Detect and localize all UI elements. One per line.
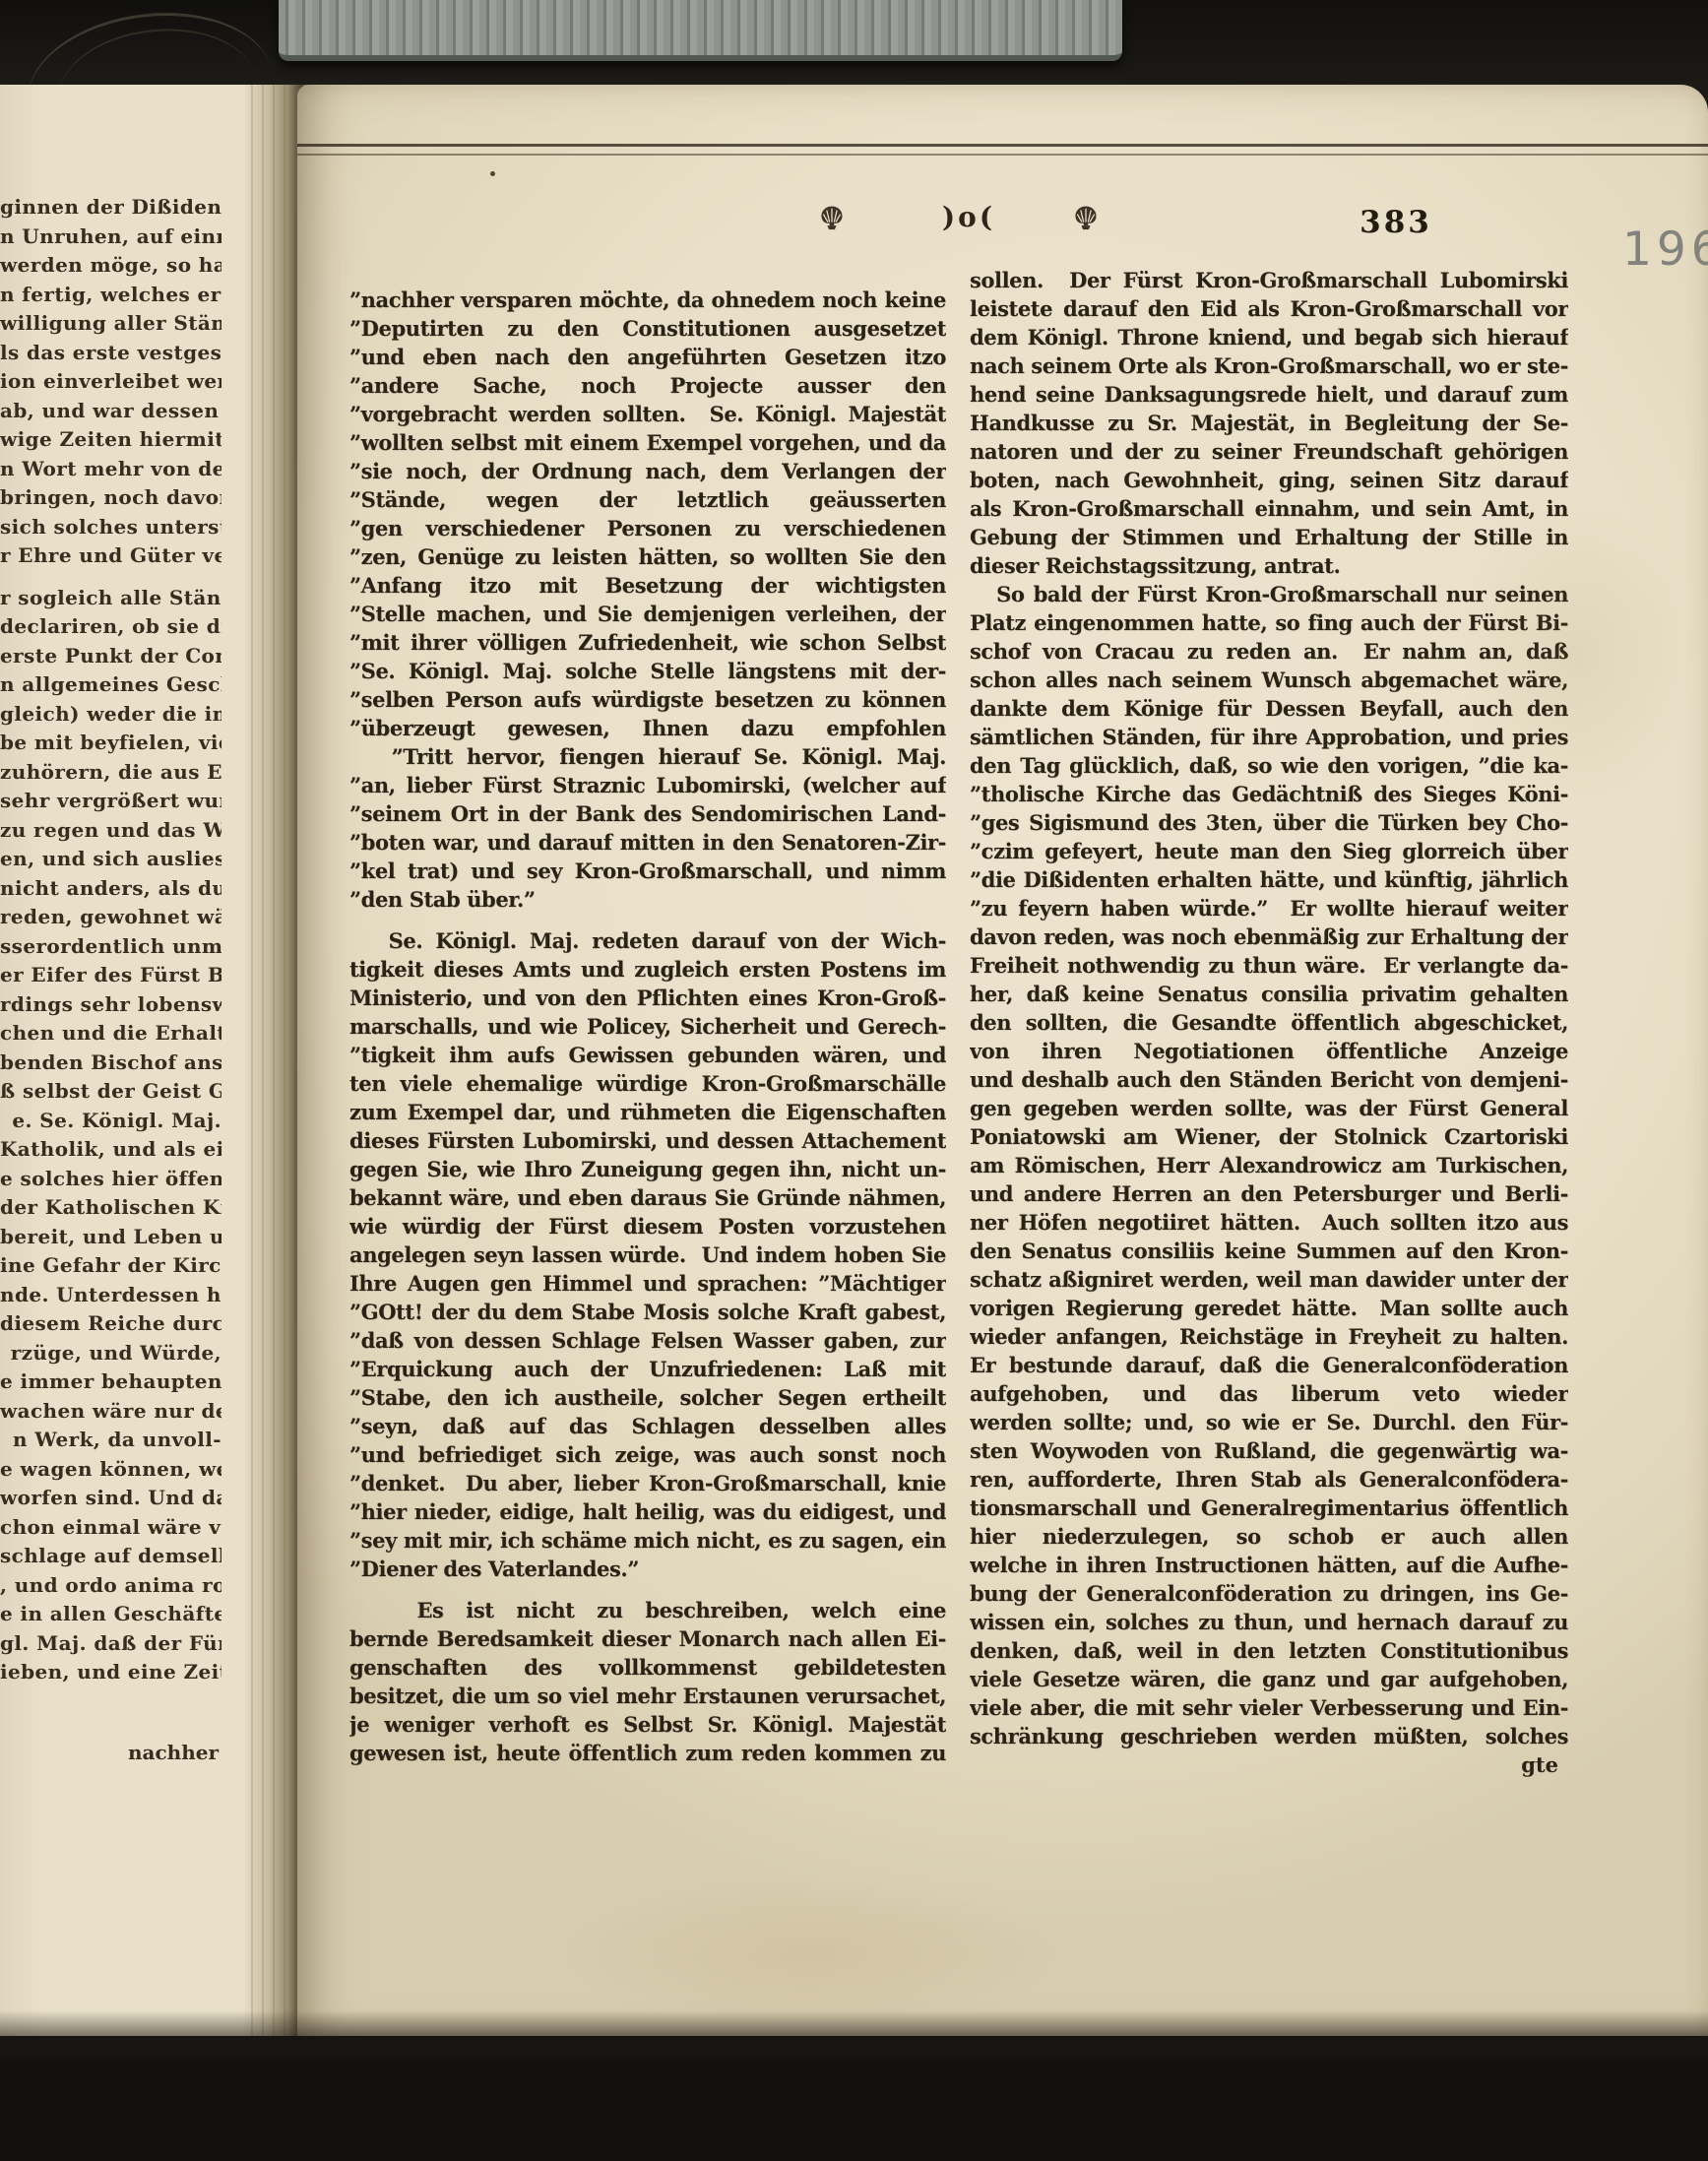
- text-line: am Römischen, Herr Alexandrowicz am Turk…: [970, 1151, 1568, 1179]
- text-line: natoren und der zu seiner Freundschaft g…: [970, 437, 1568, 466]
- text-line: Gebung der Stimmen und Erhaltung der Sti…: [970, 523, 1568, 551]
- paragraph-gap: [0, 571, 221, 584]
- page-bottom-shadow: [0, 2010, 1708, 2066]
- paragraph-gap: [349, 914, 946, 926]
- text-line: chon einmal wäre vest-: [0, 1513, 221, 1543]
- text-line: vorigen Regierung geredet hätte. Man sol…: [970, 1294, 1568, 1322]
- text-line: leistete darauf den Eid als Kron-Großmar…: [970, 294, 1568, 323]
- text-line: boten, nach Gewohnheit, ging, seinen Sit…: [970, 466, 1568, 494]
- text-line: ”GOtt! der du dem Stabe Mosis solche Kra…: [349, 1298, 946, 1326]
- text-line: ”andere Sache, noch Projecte ausser den …: [349, 371, 946, 400]
- text-line: genschaften des vollkommenst gebildetest…: [349, 1653, 946, 1682]
- text-line: ”überzeugt gewesen, Ihnen dazu empfohlen…: [349, 714, 946, 742]
- text-line: e wagen können, weil: [0, 1455, 221, 1485]
- text-line: diesem Reiche durch: [0, 1309, 221, 1339]
- text-line: ”kel trat) und sey Kron-Großmarschall, u…: [349, 857, 946, 885]
- text-line: Poniatowski am Wiener, der Stolnick Czar…: [970, 1122, 1568, 1151]
- text-line: tionsmarschall und Generalregimentarius …: [970, 1494, 1568, 1522]
- previous-page-fragment-column: ginnen der Dißidenten,n Unruhen, auf ein…: [0, 193, 221, 1687]
- text-line: wachen wäre nur dem: [0, 1397, 221, 1427]
- text-line: gegen Sie, wie Ihro Zuneigung gegen ihn,…: [349, 1155, 946, 1183]
- text-line: e immer behaupten.: [0, 1367, 221, 1397]
- book-headband: [279, 0, 1122, 61]
- text-line: rzüge, und Würde,: [0, 1339, 221, 1368]
- text-line: Se. Königl. Maj. redeten darauf von der …: [349, 926, 946, 955]
- foliation-stamp-number: 196: [1622, 222, 1708, 277]
- text-line: den Tag glücklich, daß, so wie den vorig…: [970, 751, 1568, 780]
- text-line: ”tigkeit ihm aufs Gewissen gebunden wäre…: [349, 1041, 946, 1069]
- text-line: ls das erste vestgesetzet: [0, 339, 221, 368]
- text-line: dem Königl. Throne kniend, und begab sic…: [970, 323, 1568, 351]
- text-line: er Eifer des Fürst Bi-: [0, 961, 221, 990]
- text-line: rdings sehr lobenswür-: [0, 990, 221, 1020]
- text-line: e in allen Geschäften: [0, 1600, 221, 1629]
- text-line: ”czim gefeyert, heute man den Sieg glorr…: [970, 837, 1568, 865]
- text-line: nach seinem Orte als Kron-Großmarschall,…: [970, 351, 1568, 380]
- text-line: ren, aufforderte, Ihren Stab als General…: [970, 1465, 1568, 1494]
- text-line: ”nachher versparen möchte, da ohnedem no…: [349, 286, 946, 314]
- text-line: ”wollten selbst mit einem Exempel vorgeh…: [349, 428, 946, 457]
- text-line: ”sie noch, der Ordnung nach, dem Verlang…: [349, 457, 946, 485]
- text-line: den Senatus consiliis keine Summen auf d…: [970, 1237, 1568, 1265]
- text-line: ”und befriediget sich zeige, was auch so…: [349, 1440, 946, 1469]
- text-line: zum Exempel dar, und rühmeten die Eigens…: [349, 1098, 946, 1126]
- text-line: gl. Maj. daß der Fürst: [0, 1629, 221, 1659]
- text-line: en, und sich ausliessen:: [0, 845, 221, 874]
- text-line: ”zen, Genüge zu leisten hätten, so wollt…: [349, 542, 946, 571]
- text-line: zuhörern, die aus Eifer: [0, 758, 221, 788]
- text-line: ”seinem Ort in der Bank des Sendomirisch…: [349, 799, 946, 828]
- text-line: hend seine Danksagungsrede hielt, und da…: [970, 380, 1568, 409]
- text-line: Er bestunde darauf, daß die Generalconfö…: [970, 1351, 1568, 1379]
- text-line: ”seyn, daß auf das Schlagen desselben al…: [349, 1412, 946, 1440]
- text-line: und deshalb auch den Ständen Bericht von…: [970, 1065, 1568, 1094]
- text-line: n fertig, welches er vor-: [0, 281, 221, 310]
- text-line: ”vorgebracht werden sollten. Se. Königl.…: [349, 400, 946, 428]
- text-line: ”Erquickung auch der Unzufriedenen: Laß …: [349, 1355, 946, 1383]
- text-line: ”Diener des Vaterlandes.”: [349, 1555, 946, 1583]
- fleuron-icon: [1071, 203, 1101, 232]
- header-separator: )o(: [910, 201, 1028, 233]
- text-line: je weniger verhoft es Selbst Sr. Königl.…: [349, 1710, 946, 1739]
- text-line: bernde Beredsamkeit dieser Monarch nach …: [349, 1624, 946, 1653]
- text-line: werden möge, so hatte: [0, 251, 221, 281]
- text-line: viele Gesetze wären, die ganz und gar au…: [970, 1665, 1568, 1693]
- text-line: als Kron-Großmarschall einnahm, und sein…: [970, 494, 1568, 523]
- text-line: Es ist nicht zu beschreiben, welch eine …: [349, 1596, 946, 1624]
- text-line: willigung aller Stände: [0, 309, 221, 339]
- text-line: n Werk, da unvoll-: [0, 1426, 221, 1455]
- text-line: bereit, und Leben und: [0, 1223, 221, 1252]
- text-line: nicht anders, als durch: [0, 874, 221, 904]
- text-line: Ihre Augen gen Himmel und sprachen: ”Mäc…: [349, 1269, 946, 1298]
- text-line: ion einverleibet werden: [0, 367, 221, 397]
- text-line: sehr vergrößert wurde,: [0, 787, 221, 816]
- text-line: sollen. Der Fürst Kron-Großmarschall Lub…: [970, 266, 1568, 294]
- right-text-column: sollen. Der Fürst Kron-Großmarschall Lub…: [970, 266, 1568, 1750]
- text-line: ine Gefahr der Kirche: [0, 1251, 221, 1281]
- catchword: nachher: [0, 1741, 219, 1764]
- text-line: nde. Unterdessen hätte: [0, 1281, 221, 1310]
- text-line: zu regen und das Wort: [0, 816, 221, 846]
- text-line: wissen ein, solches zu thun, und hernach…: [970, 1608, 1568, 1636]
- text-line: schatz aßigniret werden, weil man dawide…: [970, 1265, 1568, 1294]
- scanned-page: )o( 383 196 ”nachher versparen möchte, d…: [297, 85, 1708, 2036]
- text-line: bung der Generalconföderation zu dringen…: [970, 1579, 1568, 1608]
- text-line: bringen, noch davon zu: [0, 483, 221, 513]
- text-line: ginnen der Dißidenten,: [0, 193, 221, 222]
- text-line: her, daß keine Senatus consilia privatim…: [970, 980, 1568, 1008]
- text-line: schlage auf demselben: [0, 1542, 221, 1571]
- page-top-edge-rule: [297, 144, 1708, 156]
- text-line: ”sey mit mir, ich schäme mich nicht, es …: [349, 1526, 946, 1555]
- paragraph-gap: [349, 1583, 946, 1596]
- text-line: sich solches unterstehen: [0, 513, 221, 542]
- text-line: ”die Dißidenten erhalten hätte, und künf…: [970, 865, 1568, 894]
- text-line: viele aber, die mit sehr vieler Verbesse…: [970, 1693, 1568, 1722]
- text-line: wieder anfangen, Reichstäge in Freyheit …: [970, 1322, 1568, 1351]
- text-line: ”Tritt hervor, fiengen hierauf Se. König…: [349, 742, 946, 771]
- book-board-bottom: [0, 2064, 1708, 2161]
- text-line: dieses Fürsten Lubomirski, und dessen At…: [349, 1126, 946, 1155]
- text-line: von ihren Negotiationen öffentliche Anze…: [970, 1037, 1568, 1065]
- text-line: ß selbst der Geist GOt-: [0, 1077, 221, 1107]
- catchword: gte: [970, 1752, 1558, 1777]
- text-line: wie würdig der Fürst diesem Posten vorzu…: [349, 1212, 946, 1240]
- text-line: n Unruhen, auf einmal: [0, 222, 221, 252]
- text-line: gleich) weder die im Se-: [0, 700, 221, 730]
- text-line: ”Se. Königl. Maj. solche Stelle längsten…: [349, 657, 946, 685]
- paper-stain: [1459, 498, 1695, 813]
- text-line: ieben, und eine Zeit: [0, 1658, 221, 1687]
- text-line: n Wort mehr von den: [0, 455, 221, 484]
- text-line: declariren, ob sie dies: [0, 612, 221, 642]
- text-line: sserordentlich unmittel-: [0, 932, 221, 962]
- text-line: ”Anfang itzo mit Besetzung der wichtigst…: [349, 571, 946, 600]
- text-line: ”selben Person aufs würdigste besetzen z…: [349, 685, 946, 714]
- left-text-column: ”nachher versparen möchte, da ohnedem no…: [349, 286, 946, 1767]
- text-line: be mit beyfielen, viel-: [0, 729, 221, 758]
- page-number: 383: [1337, 205, 1455, 240]
- text-line: reden, gewohnet wären,: [0, 903, 221, 932]
- text-line: ”Stände, wegen der letztlich geäusserten…: [349, 485, 946, 514]
- text-line: denken, daß, weil in den letzten Constit…: [970, 1636, 1568, 1665]
- text-line: ”daß von dessen Schlage Felsen Wasser ga…: [349, 1326, 946, 1355]
- text-line: Freiheit nothwendig zu thun wäre. Er ver…: [970, 951, 1568, 980]
- text-line: r Ehre und Güter ver-: [0, 541, 221, 571]
- text-line: chen und die Erhaltung: [0, 1019, 221, 1049]
- text-line: wige Zeiten hiermit un-: [0, 425, 221, 455]
- text-line: gen gegeben werden sollte, was der Fürst…: [970, 1094, 1568, 1122]
- text-line: ”zu feyern haben würde.” Er wollte hiera…: [970, 894, 1568, 922]
- text-line: e solches hier öffentlich: [0, 1165, 221, 1194]
- text-line: ”tholische Kirche das Gedächtniß des Sie…: [970, 780, 1568, 808]
- text-line: ”an, lieber Fürst Straznic Lubomirski, (…: [349, 771, 946, 799]
- text-line: hier niederzulegen, so schob er auch all…: [970, 1522, 1568, 1551]
- text-line: ”Deputirten zu den Constitutionen ausges…: [349, 314, 946, 343]
- text-line: ten viele ehemalige würdige Kron-Großmar…: [349, 1069, 946, 1098]
- text-line: benden Bischof anstän-: [0, 1049, 221, 1078]
- text-line: schränkung geschrieben werden müßten, so…: [970, 1722, 1568, 1750]
- text-line: aufgehoben, und das liberum veto wieder …: [970, 1379, 1568, 1408]
- text-line: der Katholischen Kir-: [0, 1193, 221, 1223]
- text-line: ”mit ihrer völligen Zufriedenheit, wie s…: [349, 628, 946, 657]
- text-line: ”Stabe, den ich austheile, solcher Segen…: [349, 1383, 946, 1412]
- book-scan: { "page": { "number": "383", "stamp_numb…: [0, 0, 1708, 2161]
- text-line: ”und eben nach den angeführten Gesetzen …: [349, 343, 946, 371]
- text-line: und andere Herren an den Petersburger un…: [970, 1179, 1568, 1208]
- text-line: Katholik, und als ein: [0, 1135, 221, 1165]
- text-line: ”den Stab über.”: [349, 885, 946, 914]
- text-line: davon reden, was noch ebenmäßig zur Erha…: [970, 922, 1568, 951]
- text-line: ”denket. Du aber, lieber Kron-Großmarsch…: [349, 1469, 946, 1497]
- ink-spot: [490, 171, 495, 176]
- text-line: , und ordo anima ro-: [0, 1571, 221, 1601]
- fleuron-icon: [817, 203, 847, 232]
- text-line: ”ges Sigismund des 3ten, über die Türken…: [970, 808, 1568, 837]
- text-line: n allgemeines Geschrey: [0, 670, 221, 700]
- text-line: ”boten war, und darauf mitten in den Sen…: [349, 828, 946, 857]
- text-line: tigkeit dieses Amts und zugleich ersten …: [349, 955, 946, 984]
- text-line: bekannt wäre, und eben daraus Sie Gründe…: [349, 1183, 946, 1212]
- text-line: ”gen verschiedener Personen zu verschied…: [349, 514, 946, 542]
- text-line: gewesen ist, heute öffentlich zum reden …: [349, 1739, 946, 1767]
- text-line: marschalls, und wie Policey, Sicherheit …: [349, 1012, 946, 1041]
- text-line: den sollten, die Gesandte öffentlich abg…: [970, 1008, 1568, 1037]
- text-line: welche in ihren Instructionen hätten, au…: [970, 1551, 1568, 1579]
- text-line: ”hier nieder, eidige, halt heilig, was d…: [349, 1497, 946, 1526]
- text-line: angelegen seyn lassen würde. Und indem h…: [349, 1240, 946, 1269]
- text-line: sten Woywoden von Rußland, die gegenwärt…: [970, 1436, 1568, 1465]
- text-line: e. Se. Königl. Maj.: [0, 1107, 221, 1136]
- text-line: besitzet, die um so viel mehr Erstaunen …: [349, 1682, 946, 1710]
- text-line: ab, und war dessen Ein-: [0, 397, 221, 426]
- text-line: erste Punkt der Consti-: [0, 642, 221, 671]
- text-line: Handkusse zu Sr. Majestät, in Begleitung…: [970, 409, 1568, 437]
- text-line: ”Stelle machen, und Sie demjenigen verle…: [349, 600, 946, 628]
- text-line: worfen sind. Und da: [0, 1484, 221, 1513]
- text-line: werden sollte; und, so wie er Se. Durchl…: [970, 1408, 1568, 1436]
- text-line: r sogleich alle Stände: [0, 584, 221, 613]
- text-line: ner Höfen negotiiret hätten. Auch sollte…: [970, 1208, 1568, 1237]
- text-line: Ministerio, und von den Pflichten eines …: [349, 984, 946, 1012]
